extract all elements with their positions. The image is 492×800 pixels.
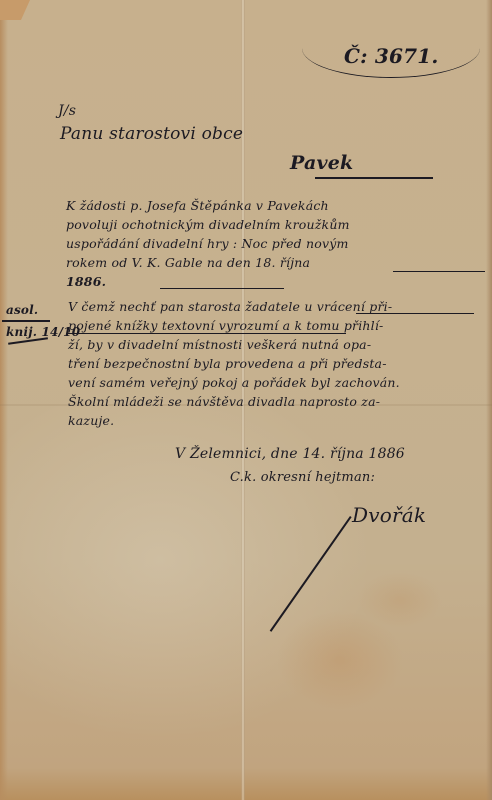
document-sheet: Č: 3671. J/s Panu starostovi obce Pavek … xyxy=(0,0,492,800)
text-underline xyxy=(66,333,346,334)
body-line: vení samém veřejný pokoj a pořádek byl z… xyxy=(68,375,400,390)
address-prefix: J/s xyxy=(58,103,76,119)
paper-edge-left xyxy=(0,0,8,800)
address-town-underline xyxy=(315,177,433,179)
paper-edge-right xyxy=(486,0,492,800)
body-line: K žádosti p. Josefa Štěpánka v Pavekách xyxy=(66,198,329,213)
address-town: Pavek xyxy=(290,152,353,174)
margin-note-line1: asol. xyxy=(6,303,38,317)
body-line: tření bezpečnostní byla provedena a při … xyxy=(68,356,387,371)
reference-number: Č: 3671. xyxy=(344,44,439,68)
body-line: povoluji ochotnickým divadelním kroužkům xyxy=(66,217,350,232)
body-line: kazuje. xyxy=(68,413,114,428)
separator-rule xyxy=(160,288,284,289)
signature-flourish xyxy=(270,516,352,632)
date-underline xyxy=(393,271,485,272)
body-line: pojené knížky textovní vyrozumí a k tomu… xyxy=(68,318,383,333)
margin-note-rule xyxy=(2,320,50,322)
body-line: Školní mládeži se návštěva divadla napro… xyxy=(68,394,380,409)
body-line: V čemž nechť pan starosta žadatele u vrá… xyxy=(68,299,392,314)
body-line: rokem od V. K. Gable na den 18. října xyxy=(66,255,310,270)
signatory-office: C.k. okresní hejtman: xyxy=(230,470,375,485)
address-recipient: Panu starostovi obce xyxy=(60,124,243,144)
body-line: 1886. xyxy=(66,274,106,289)
signature: Dvořák xyxy=(352,503,426,527)
text-underline xyxy=(356,313,474,314)
place-and-date: V Želemnici, dne 14. října 1886 xyxy=(175,446,405,462)
body-line: uspořádání divadelní hry : Noc před nový… xyxy=(66,236,349,251)
body-line: ží, by v divadelní místnosti veškerá nut… xyxy=(68,337,371,352)
torn-corner xyxy=(0,0,30,20)
